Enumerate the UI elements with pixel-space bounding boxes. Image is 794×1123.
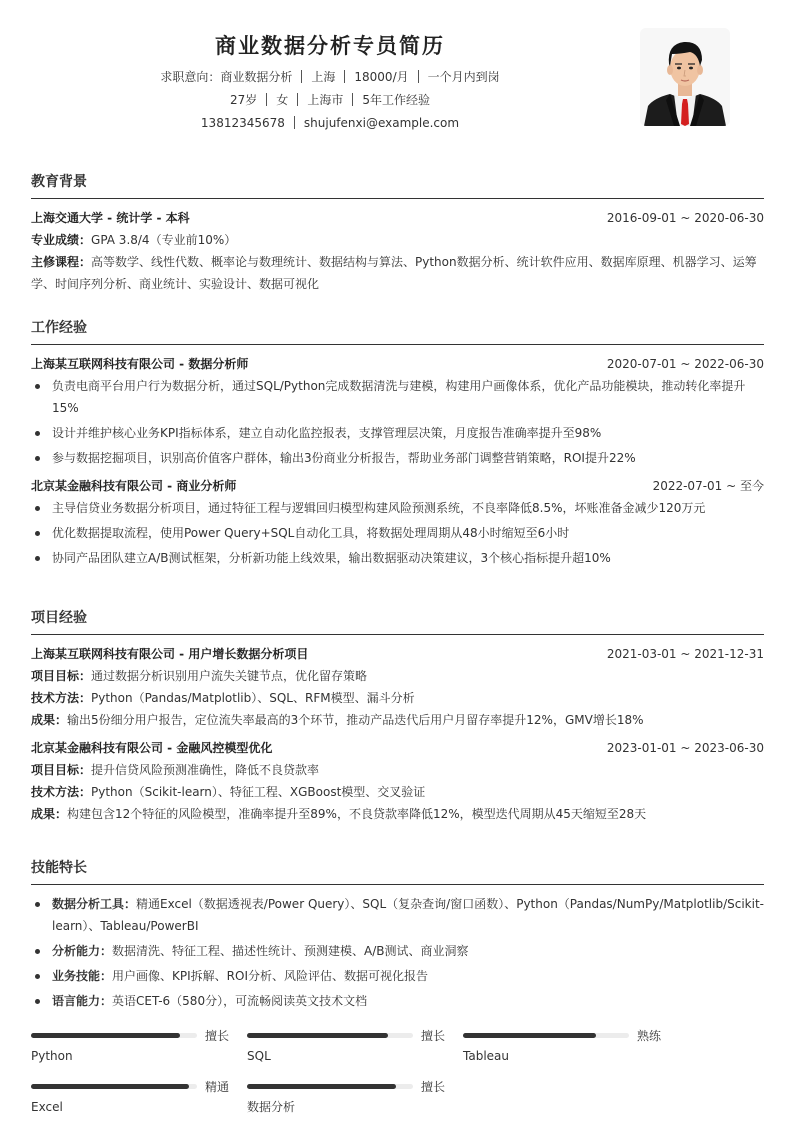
separator: [297, 93, 298, 106]
skill-item: 业务技能：用户画像、KPI拆解、ROI分析、风险评估、数据可视化报告: [31, 965, 764, 987]
skill-bar-track: [247, 1084, 413, 1089]
skill-text: 精通Excel（数据透视表/Power Query）、SQL（复杂查询/窗口函数…: [52, 897, 764, 933]
skill-level: 熟练: [637, 1028, 661, 1044]
age: 27岁: [230, 93, 257, 107]
section-skills: 技能特长 数据分析工具：精通Excel（数据透视表/Power Query）、S…: [31, 858, 764, 1015]
bullet-list: 主导信贷业务数据分析项目，通过特征工程与逻辑回归模型构建风险预测系统，不良率降低…: [31, 497, 764, 569]
grade-value: GPA 3.8/4（专业前10%）: [91, 233, 236, 247]
goal-value: 通过数据分析识别用户流失关键节点，优化留存策略: [91, 669, 367, 683]
courses-line: 主修课程：高等数学、线性代数、概率论与数理统计、数据结构与算法、Python数据…: [31, 251, 764, 295]
skill-item: 分析能力：数据清洗、特征工程、描述性统计、预测建模、A/B测试、商业洞察: [31, 940, 764, 962]
skill-name: Excel: [31, 1099, 63, 1115]
bullet-item: 负责电商平台用户行为数据分析，通过SQL/Python完成数据清洗与建模，构建用…: [31, 375, 764, 419]
skill-label: 语言能力：: [52, 994, 112, 1008]
work-entry: 北京某金融科技有限公司 - 商业分析师 2022-07-01 ~ 至今 主导信贷…: [31, 475, 764, 569]
project-entry: 上海某互联网科技有限公司 - 用户增长数据分析项目 2021-03-01 ~ 2…: [31, 643, 764, 731]
grade-line: 专业成绩：GPA 3.8/4（专业前10%）: [31, 229, 764, 251]
skill-level: 精通: [205, 1079, 229, 1095]
bullet-item: 优化数据提取流程，使用Power Query+SQL自动化工具，将数据处理周期从…: [31, 522, 764, 544]
bullet-item: 协同产品团队建立A/B测试框架，分析新功能上线效果，输出数据驱动决策建议，3个核…: [31, 547, 764, 569]
goal-label: 项目目标：: [31, 669, 91, 683]
work-entry: 上海某互联网科技有限公司 - 数据分析师 2020-07-01 ~ 2022-0…: [31, 353, 764, 469]
method-value: Python（Scikit-learn）、特征工程、XGBoost模型、交叉验证: [91, 785, 425, 799]
goal-value: 提升信贷风险预测准确性，降低不良贷款率: [91, 763, 319, 777]
date-range: 2020-07-01 ~ 2022-06-30: [607, 353, 764, 375]
school-major-degree: 上海交通大学 - 统计学 - 本科: [31, 207, 190, 229]
skill-bar-python: 擅长 Python: [31, 1028, 231, 1068]
skill-text: 英语CET-6（580分），可流畅阅读英文技术文档: [112, 994, 367, 1008]
method-label: 技术方法：: [31, 691, 91, 705]
section-projects: 项目经验 上海某互联网科技有限公司 - 用户增长数据分析项目 2021-03-0…: [31, 608, 764, 831]
result-value: 输出5份细分用户报告，定位流失率最高的3个环节，推动产品迭代后用户月留存率提升1…: [67, 713, 643, 727]
skill-bar-excel: 精通 Excel: [31, 1079, 231, 1119]
bullet-item: 主导信贷业务数据分析项目，通过特征工程与逻辑回归模型构建风险预测系统，不良率降低…: [31, 497, 764, 519]
skill-bar-tableau: 熟练 Tableau: [463, 1028, 663, 1068]
skill-bar-data-analysis: 擅长 数据分析: [247, 1079, 447, 1119]
skill-bar-fill: [31, 1033, 180, 1038]
basic-info-line: 27岁女上海市5年工作经验: [0, 89, 660, 112]
gender: 女: [276, 93, 288, 107]
project-name: 上海某互联网科技有限公司 - 用户增长数据分析项目: [31, 643, 308, 665]
section-title: 工作经验: [31, 318, 764, 345]
email: shujufenxi@example.com: [304, 116, 459, 130]
skills-list: 数据分析工具：精通Excel（数据透视表/Power Query）、SQL（复杂…: [31, 893, 764, 1012]
education-entry: 上海交通大学 - 统计学 - 本科 2016-09-01 ~ 2020-06-3…: [31, 207, 764, 295]
skill-bar-fill: [247, 1033, 388, 1038]
job-intent-line: 求职意向：商业数据分析上海18000/月一个月内到岗: [0, 66, 660, 89]
skill-name: Tableau: [463, 1048, 509, 1064]
date-range: 2016-09-01 ~ 2020-06-30: [607, 207, 764, 229]
company-role: 北京某金融科技有限公司 - 商业分析师: [31, 475, 236, 497]
phone: 13812345678: [201, 116, 285, 130]
skill-level: 擅长: [205, 1028, 229, 1044]
avatar: [640, 28, 730, 126]
result-label: 成果：: [31, 807, 67, 821]
skill-label: 业务技能：: [52, 969, 112, 983]
skill-bar-track: [463, 1033, 629, 1038]
separator: [418, 70, 419, 83]
section-work-experience: 工作经验 上海某互联网科技有限公司 - 数据分析师 2020-07-01 ~ 2…: [31, 318, 764, 575]
skill-level: 擅长: [421, 1028, 445, 1044]
separator: [294, 116, 295, 129]
project-name: 北京某金融科技有限公司 - 金融风控模型优化: [31, 737, 272, 759]
skill-bar-track: [31, 1084, 197, 1089]
bullet-list: 负责电商平台用户行为数据分析，通过SQL/Python完成数据清洗与建模，构建用…: [31, 375, 764, 469]
skill-bar-fill: [463, 1033, 596, 1038]
goal-label: 项目目标：: [31, 763, 91, 777]
method-value: Python（Pandas/Matplotlib）、SQL、RFM模型、漏斗分析: [91, 691, 415, 705]
experience-years: 5年工作经验: [362, 93, 430, 107]
availability: 一个月内到岗: [428, 70, 500, 84]
separator: [352, 93, 353, 106]
skill-name: SQL: [247, 1048, 271, 1064]
separator: [266, 93, 267, 106]
skill-label: 分析能力：: [52, 944, 112, 958]
skill-bar-sql: 擅长 SQL: [247, 1028, 447, 1068]
skill-name: Python: [31, 1048, 73, 1064]
skill-text: 数据清洗、特征工程、描述性统计、预测建模、A/B测试、商业洞察: [112, 944, 469, 958]
skill-level: 擅长: [421, 1079, 445, 1095]
section-title: 教育背景: [31, 172, 764, 199]
job-intent: 求职意向：商业数据分析: [160, 70, 292, 84]
result-label: 成果：: [31, 713, 67, 727]
method-label: 技术方法：: [31, 785, 91, 799]
residence: 上海市: [307, 93, 343, 107]
skill-bar-track: [31, 1033, 197, 1038]
section-education: 教育背景 上海交通大学 - 统计学 - 本科 2016-09-01 ~ 2020…: [31, 172, 764, 301]
resume-header: 商业数据分析专员简历 求职意向：商业数据分析上海18000/月一个月内到岗 27…: [0, 30, 660, 135]
skill-bar-track: [247, 1033, 413, 1038]
result-value: 构建包含12个特征的风险模型，准确率提升至89%，不良贷款率降低12%，模型迭代…: [67, 807, 646, 821]
resume-title: 商业数据分析专员简历: [0, 30, 660, 62]
skill-item: 语言能力：英语CET-6（580分），可流畅阅读英文技术文档: [31, 990, 764, 1012]
skill-bar-fill: [247, 1084, 396, 1089]
project-entry: 北京某金融科技有限公司 - 金融风控模型优化 2023-01-01 ~ 2023…: [31, 737, 764, 825]
date-range: 2022-07-01 ~ 至今: [653, 475, 764, 497]
grade-label: 专业成绩：: [31, 233, 91, 247]
skill-label: 数据分析工具：: [52, 897, 136, 911]
separator: [344, 70, 345, 83]
section-title: 技能特长: [31, 858, 764, 885]
resume-page: 商业数据分析专员简历 求职意向：商业数据分析上海18000/月一个月内到岗 27…: [0, 0, 794, 1123]
contact-line: 13812345678shujufenxi@example.com: [0, 112, 660, 135]
skill-item: 数据分析工具：精通Excel（数据透视表/Power Query）、SQL（复杂…: [31, 893, 764, 937]
separator: [301, 70, 302, 83]
company-role: 上海某互联网科技有限公司 - 数据分析师: [31, 353, 248, 375]
courses-label: 主修课程：: [31, 255, 91, 269]
section-title: 项目经验: [31, 608, 764, 635]
skill-text: 用户画像、KPI拆解、ROI分析、风险评估、数据可视化报告: [112, 969, 428, 983]
courses-value: 高等数学、线性代数、概率论与数理统计、数据结构与算法、Python数据分析、统计…: [31, 255, 757, 291]
expected-salary: 18000/月: [354, 70, 408, 84]
skill-bar-fill: [31, 1084, 189, 1089]
bullet-item: 参与数据挖掘项目，识别高价值客户群体，输出3份商业分析报告，帮助业务部门调整营销…: [31, 447, 764, 469]
bullet-item: 设计并维护核心业务KPI指标体系，建立自动化监控报表，支撑管理层决策，月度报告准…: [31, 422, 764, 444]
profile-photo-icon: [640, 28, 730, 126]
date-range: 2023-01-01 ~ 2023-06-30: [607, 737, 764, 759]
date-range: 2021-03-01 ~ 2021-12-31: [607, 643, 764, 665]
skill-name: 数据分析: [247, 1099, 295, 1115]
job-city: 上海: [311, 70, 335, 84]
